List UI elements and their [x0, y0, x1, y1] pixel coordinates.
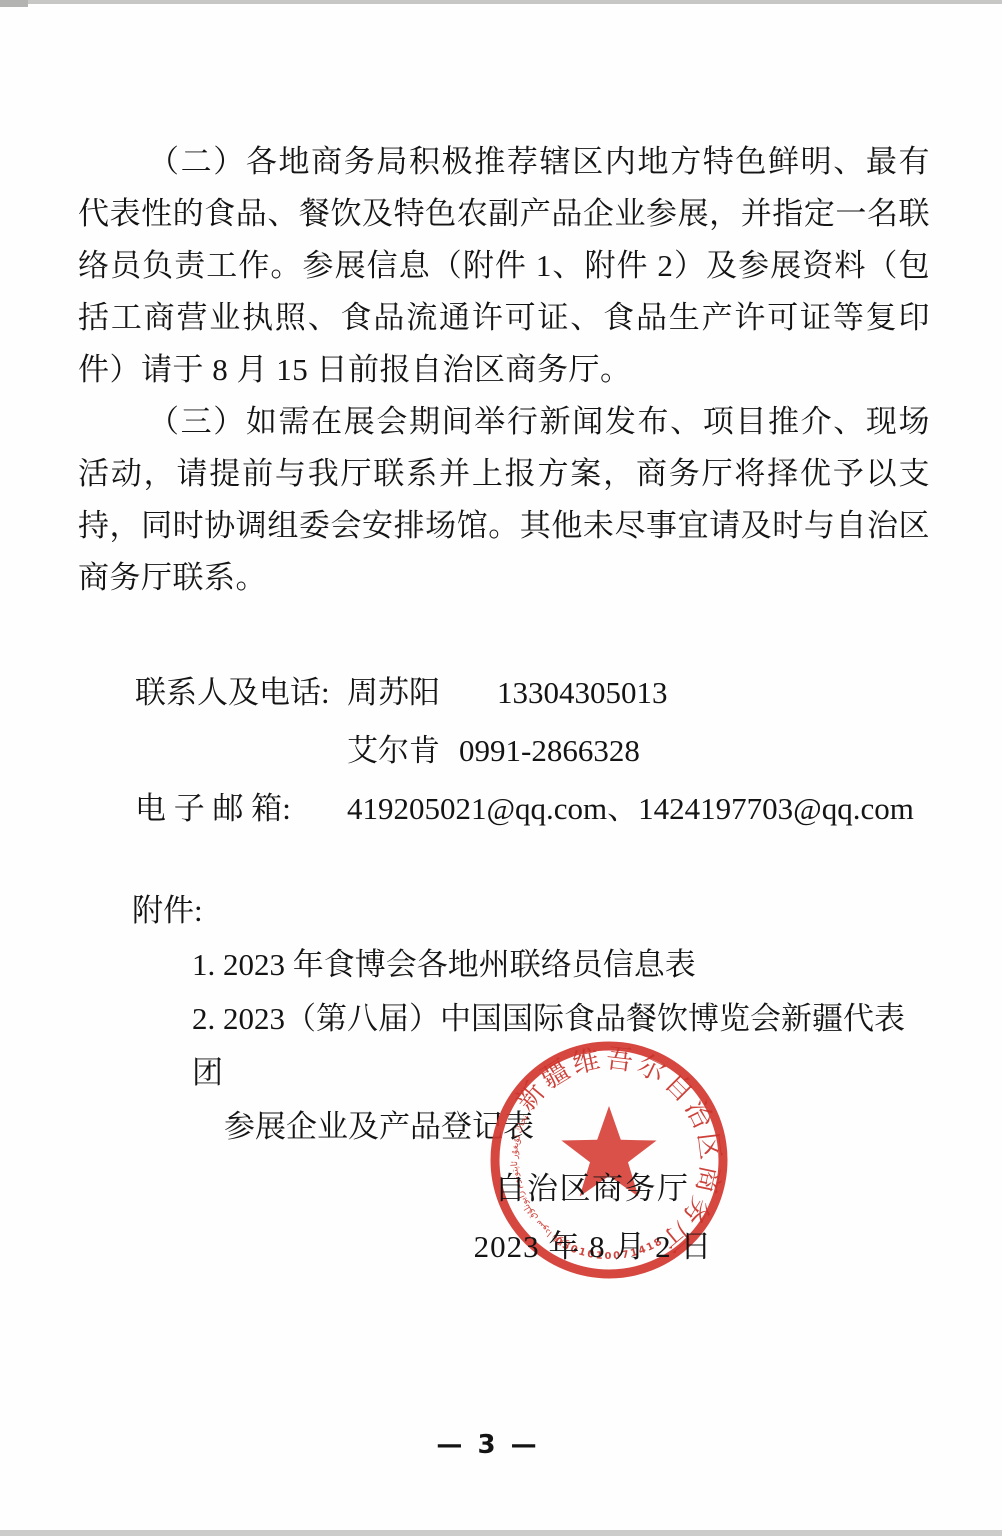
- document-body: （二）各地商务局积极推荐辖区内地方特色鲜明、最有代表性的食品、餐饮及特色农副产品…: [78, 136, 930, 1154]
- contact-person-1-name: 周苏阳: [347, 664, 497, 722]
- contact-person-2-name: 艾尔肯: [347, 722, 459, 780]
- contact-block: 联系人及电话: 周苏阳 13304305013 艾尔肯 0991-2866328…: [78, 664, 930, 838]
- attachments-label: 附件:: [78, 884, 930, 938]
- contact-row-email: 电 子 邮 箱: 419205021@qq.com、1424197703@qq.…: [78, 780, 930, 838]
- contact-row-2: 艾尔肯 0991-2866328: [78, 722, 930, 780]
- contact-emails: 419205021@qq.com、1424197703@qq.com: [347, 780, 914, 838]
- contact-email-label: 电 子 邮 箱:: [135, 780, 347, 838]
- signature-date: 2023 年 8 月 2 日: [474, 1221, 713, 1266]
- scan-artifact-corner: [0, 0, 28, 7]
- scan-artifact-top-strip: [0, 0, 1002, 4]
- page-number: — 3 —: [436, 1430, 539, 1460]
- contact-person-1-phone: 13304305013: [497, 664, 668, 722]
- contact-person-2-phone: 0991-2866328: [459, 722, 640, 780]
- paragraph-item-three: （三）如需在展会期间举行新闻发布、项目推介、现场活动，请提前与我厅联系并上报方案…: [78, 396, 930, 604]
- signature-organization: 自治区商务厅: [495, 1163, 690, 1208]
- scanned-document-page: （二）各地商务局积极推荐辖区内地方特色鲜明、最有代表性的食品、餐饮及特色农副产品…: [0, 0, 1002, 1536]
- contact-label-spacer: [135, 722, 347, 780]
- contact-phone-label: 联系人及电话:: [135, 664, 347, 722]
- contact-row-1: 联系人及电话: 周苏阳 13304305013: [78, 664, 930, 722]
- attachment-item-1: 1. 2023 年食博会各地州联络员信息表: [78, 938, 930, 992]
- scan-artifact-bottom-strip: [0, 1530, 1002, 1536]
- paragraph-item-two: （二）各地商务局积极推荐辖区内地方特色鲜明、最有代表性的食品、餐饮及特色农副产品…: [78, 136, 930, 396]
